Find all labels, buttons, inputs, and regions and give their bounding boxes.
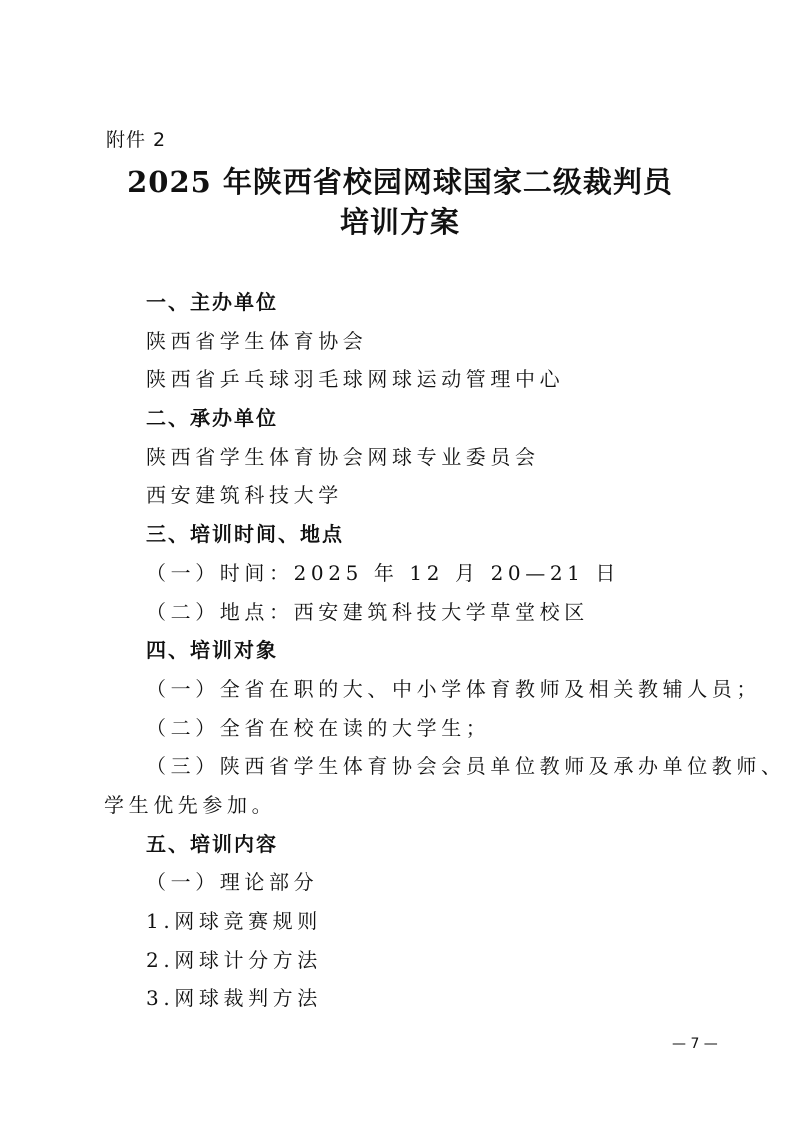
host-2: 西安建筑科技大学 bbox=[146, 479, 343, 508]
section-heading-time-place: 三、培训时间、地点 bbox=[146, 518, 344, 547]
participant-1: （一）全省在职的大、中小学体育教师及相关教辅人员； bbox=[146, 673, 761, 702]
content-item-2: 2.网球计分方法 bbox=[146, 944, 322, 973]
document-page: 附件 2 2025 年陕西省校园网球国家二级裁判员 培训方案 一、主办单位 陕西… bbox=[0, 0, 800, 1131]
attachment-label: 附件 2 bbox=[106, 125, 166, 152]
section-heading-organizer: 一、主办单位 bbox=[146, 286, 278, 315]
training-time: （一）时间：2025 年 12 月 20—21 日 bbox=[146, 557, 620, 586]
section-heading-participants: 四、培训对象 bbox=[146, 634, 278, 663]
organizer-1: 陕西省学生体育协会 bbox=[146, 325, 367, 354]
section-heading-content: 五、培训内容 bbox=[146, 828, 278, 857]
document-title-line-1: 2025 年陕西省校园网球国家二级裁判员 bbox=[0, 160, 800, 201]
content-item-3: 3.网球裁判方法 bbox=[146, 982, 322, 1011]
participant-3: （三）陕西省学生体育协会会员单位教师及承办单位教师、 bbox=[146, 750, 786, 779]
content-theory: （一）理论部分 bbox=[146, 866, 318, 895]
participant-3-continuation: 学生优先参加。 bbox=[104, 789, 276, 818]
section-heading-host: 二、承办单位 bbox=[146, 402, 278, 431]
document-title-line-2: 培训方案 bbox=[0, 200, 800, 241]
training-place: （二）地点：西安建筑科技大学草堂校区 bbox=[146, 596, 589, 625]
page-number: — 7 — bbox=[672, 1036, 718, 1052]
content-item-1: 1.网球竞赛规则 bbox=[146, 905, 322, 934]
host-1: 陕西省学生体育协会网球专业委员会 bbox=[146, 441, 540, 470]
participant-2: （二）全省在校在读的大学生； bbox=[146, 712, 490, 741]
organizer-2: 陕西省乒乓球羽毛球网球运动管理中心 bbox=[146, 363, 564, 392]
